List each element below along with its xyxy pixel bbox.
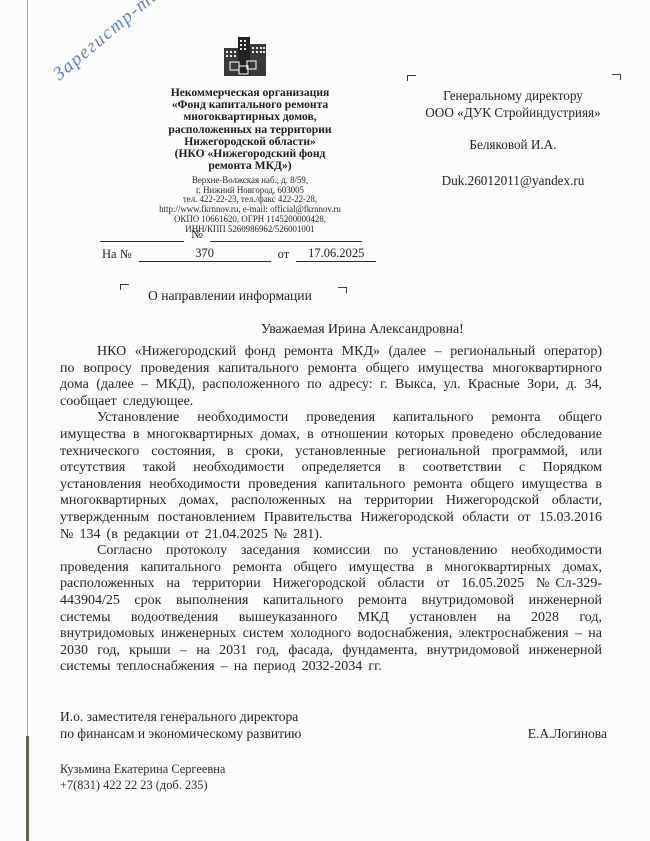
scanned-letter-page: Зарегистр-ть Некоммерческая ор	[0, 0, 650, 841]
recipient-name: Беляковой И.А.	[398, 137, 628, 154]
incoming-reference-row: На № 370 от 17.06.2025	[95, 246, 376, 262]
signer-name: Е.А.Логинова	[528, 725, 607, 742]
incoming-date-value: 17.06.2025	[296, 246, 376, 262]
signer-position: И.о. заместителя генерального директора …	[60, 708, 301, 742]
reply-to-label: На №	[102, 247, 132, 262]
recipient-block: Генеральному директору ООО «ДУК Стройинд…	[398, 88, 628, 189]
letterhead-org-name: Некоммерческая организация «Фонд капитал…	[95, 87, 405, 172]
corner-mark-icon	[407, 75, 416, 81]
corner-mark-icon	[338, 287, 347, 293]
salutation: Уважаемая Ирина Александровна!	[261, 321, 464, 337]
executor-phone: +7(831) 422 22 23 (доб. 235)	[60, 778, 225, 794]
org-name-line: расположенных на территории	[95, 124, 405, 136]
org-name-line: многоквартирных домов,	[95, 111, 405, 123]
paper-edge-line	[27, 0, 28, 841]
organization-logo-icon	[221, 36, 269, 82]
letter-subject: О направлении информации	[148, 288, 312, 304]
body-paragraph: Установление необходимости проведения ка…	[60, 410, 602, 543]
body-paragraph: НКО «Нижегородский фонд ремонта МКД» (да…	[60, 344, 602, 410]
signature-block: И.о. заместителя генерального директора …	[60, 708, 607, 742]
outgoing-number-blank	[210, 226, 362, 242]
letter-body: НКО «Нижегородский фонд ремонта МКД» (да…	[60, 344, 602, 676]
signer-position-line: И.о. заместителя генерального директора	[60, 708, 301, 725]
executor-block: Кузьмина Екатерина Сергеевна +7(831) 422…	[60, 762, 225, 793]
corner-mark-icon	[612, 74, 621, 80]
executor-name: Кузьмина Екатерина Сергеевна	[60, 762, 225, 778]
incoming-number-value: 370	[139, 246, 271, 262]
recipient-position: Генеральному директору	[398, 88, 628, 105]
outgoing-reference-row: №	[100, 226, 362, 242]
handwritten-note: Зарегистр-ть	[49, 0, 164, 85]
signer-position-line: по финансам и экономическому развитию	[60, 725, 301, 742]
outgoing-date-blank	[100, 226, 184, 242]
date-from-label: от	[278, 247, 290, 262]
recipient-company: ООО «ДУК Стройиндустрияя»	[398, 105, 628, 122]
corner-mark-icon	[120, 284, 129, 290]
org-name-line: ремонта МКД»)	[95, 160, 405, 172]
body-paragraph: Согласно протоколу заседания комиссии по…	[60, 543, 602, 676]
paper-edge-shadow	[26, 736, 29, 841]
number-sign-label: №	[191, 227, 203, 242]
recipient-email: Duk.26012011@yandex.ru	[398, 173, 628, 190]
